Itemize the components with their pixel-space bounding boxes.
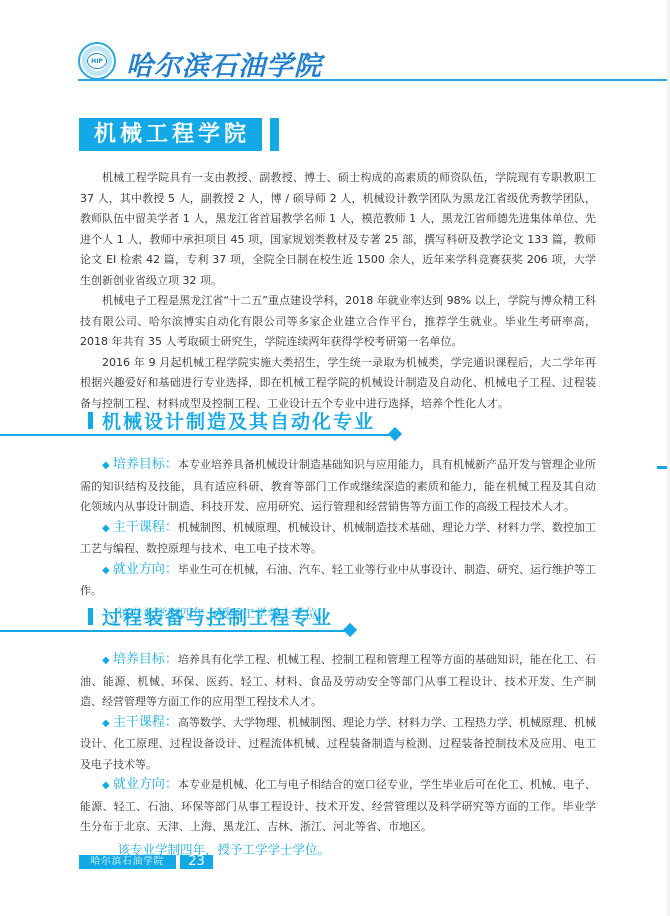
- diamond-bullet-icon: ◆: [102, 523, 113, 534]
- item-label: 主干课程：: [113, 520, 178, 535]
- major-details: ◆ 培养目标：培养具有化学工程、机械工程、控制工程和管理工程等方面的基础知识，能…: [80, 650, 596, 862]
- major-details: ◆ 培养目标：本专业培养具备机械设计制造基础知识与应用能力，具有机械新产品开发与…: [80, 455, 596, 626]
- heading-underline: [0, 630, 350, 632]
- intro-paragraph: 机械电子工程是黑龙江省“十二五”重点建设学科，2018 年就业率达到 98% 以…: [80, 291, 596, 353]
- item-label: 培养目标：: [113, 652, 178, 667]
- diamond-bullet-icon: ◆: [102, 655, 113, 666]
- heading-bar-icon: [88, 608, 93, 625]
- major-title: 机械设计制造及其自动化专业: [102, 407, 375, 434]
- major-title: 过程装备与控制工程专业: [102, 603, 333, 630]
- diamond-bullet-icon: ◆: [102, 460, 113, 471]
- intro-paragraph: 2016 年 9 月起机械工程学院实施大类招生，学生统一录取为机械类，学完通识课…: [80, 353, 596, 415]
- major-item: ◆ 主干课程：机械制图、机械原理、机械设计、机械制造技术基础、理论力学、材料力学…: [80, 518, 596, 560]
- school-name-calligraphy: 哈尔滨石油学院: [126, 44, 322, 83]
- item-label: 主干课程：: [113, 715, 178, 730]
- major-item: ◆ 培养目标：本专业培养具备机械设计制造基础知识与应用能力，具有机械新产品开发与…: [80, 455, 596, 518]
- header-divider: [78, 79, 667, 81]
- major-item: ◆ 就业方向：毕业生可在机械，石油、汽车、轻工业等行业中从事设计、制造、研究、运…: [80, 560, 596, 602]
- footer-school-name: 哈尔滨石油学院: [79, 855, 176, 869]
- item-label: 就业方向：: [113, 562, 178, 577]
- school-logo-icon: HIP: [78, 42, 116, 80]
- page-number: 23: [180, 855, 213, 869]
- heading-underline: [0, 434, 395, 436]
- heading-bar-icon: [88, 412, 93, 429]
- college-title: 机械工程学院: [79, 118, 262, 151]
- diamond-icon: [388, 427, 402, 441]
- major-item: ◆ 培养目标：培养具有化学工程、机械工程、控制工程和管理工程等方面的基础知识，能…: [80, 650, 596, 713]
- logo-text: HIP: [87, 53, 107, 69]
- major-item: ◆ 主干课程：高等数学、大学物理、机械制图、理论力学、材料力学、工程热力学、机械…: [80, 713, 596, 776]
- diamond-bullet-icon: ◆: [102, 565, 113, 576]
- major-item: ◆ 就业方向：本专业是机械、化工与电子相结合的宽口径专业，学生毕业后可在化工、机…: [80, 775, 596, 838]
- college-title-accent-bar: [270, 118, 279, 151]
- diamond-bullet-icon: ◆: [102, 780, 113, 791]
- item-label: 培养目标：: [113, 457, 178, 472]
- college-intro: 机械工程学院具有一支由教授、副教授、博士、硕士构成的高素质的师资队伍，学院现有专…: [80, 168, 596, 414]
- item-label: 就业方向：: [113, 777, 178, 792]
- page-edge-tab-marker: [657, 466, 667, 469]
- intro-paragraph: 机械工程学院具有一支由教授、副教授、博士、硕士构成的高素质的师资队伍，学院现有专…: [80, 168, 596, 291]
- diamond-bullet-icon: ◆: [102, 718, 113, 729]
